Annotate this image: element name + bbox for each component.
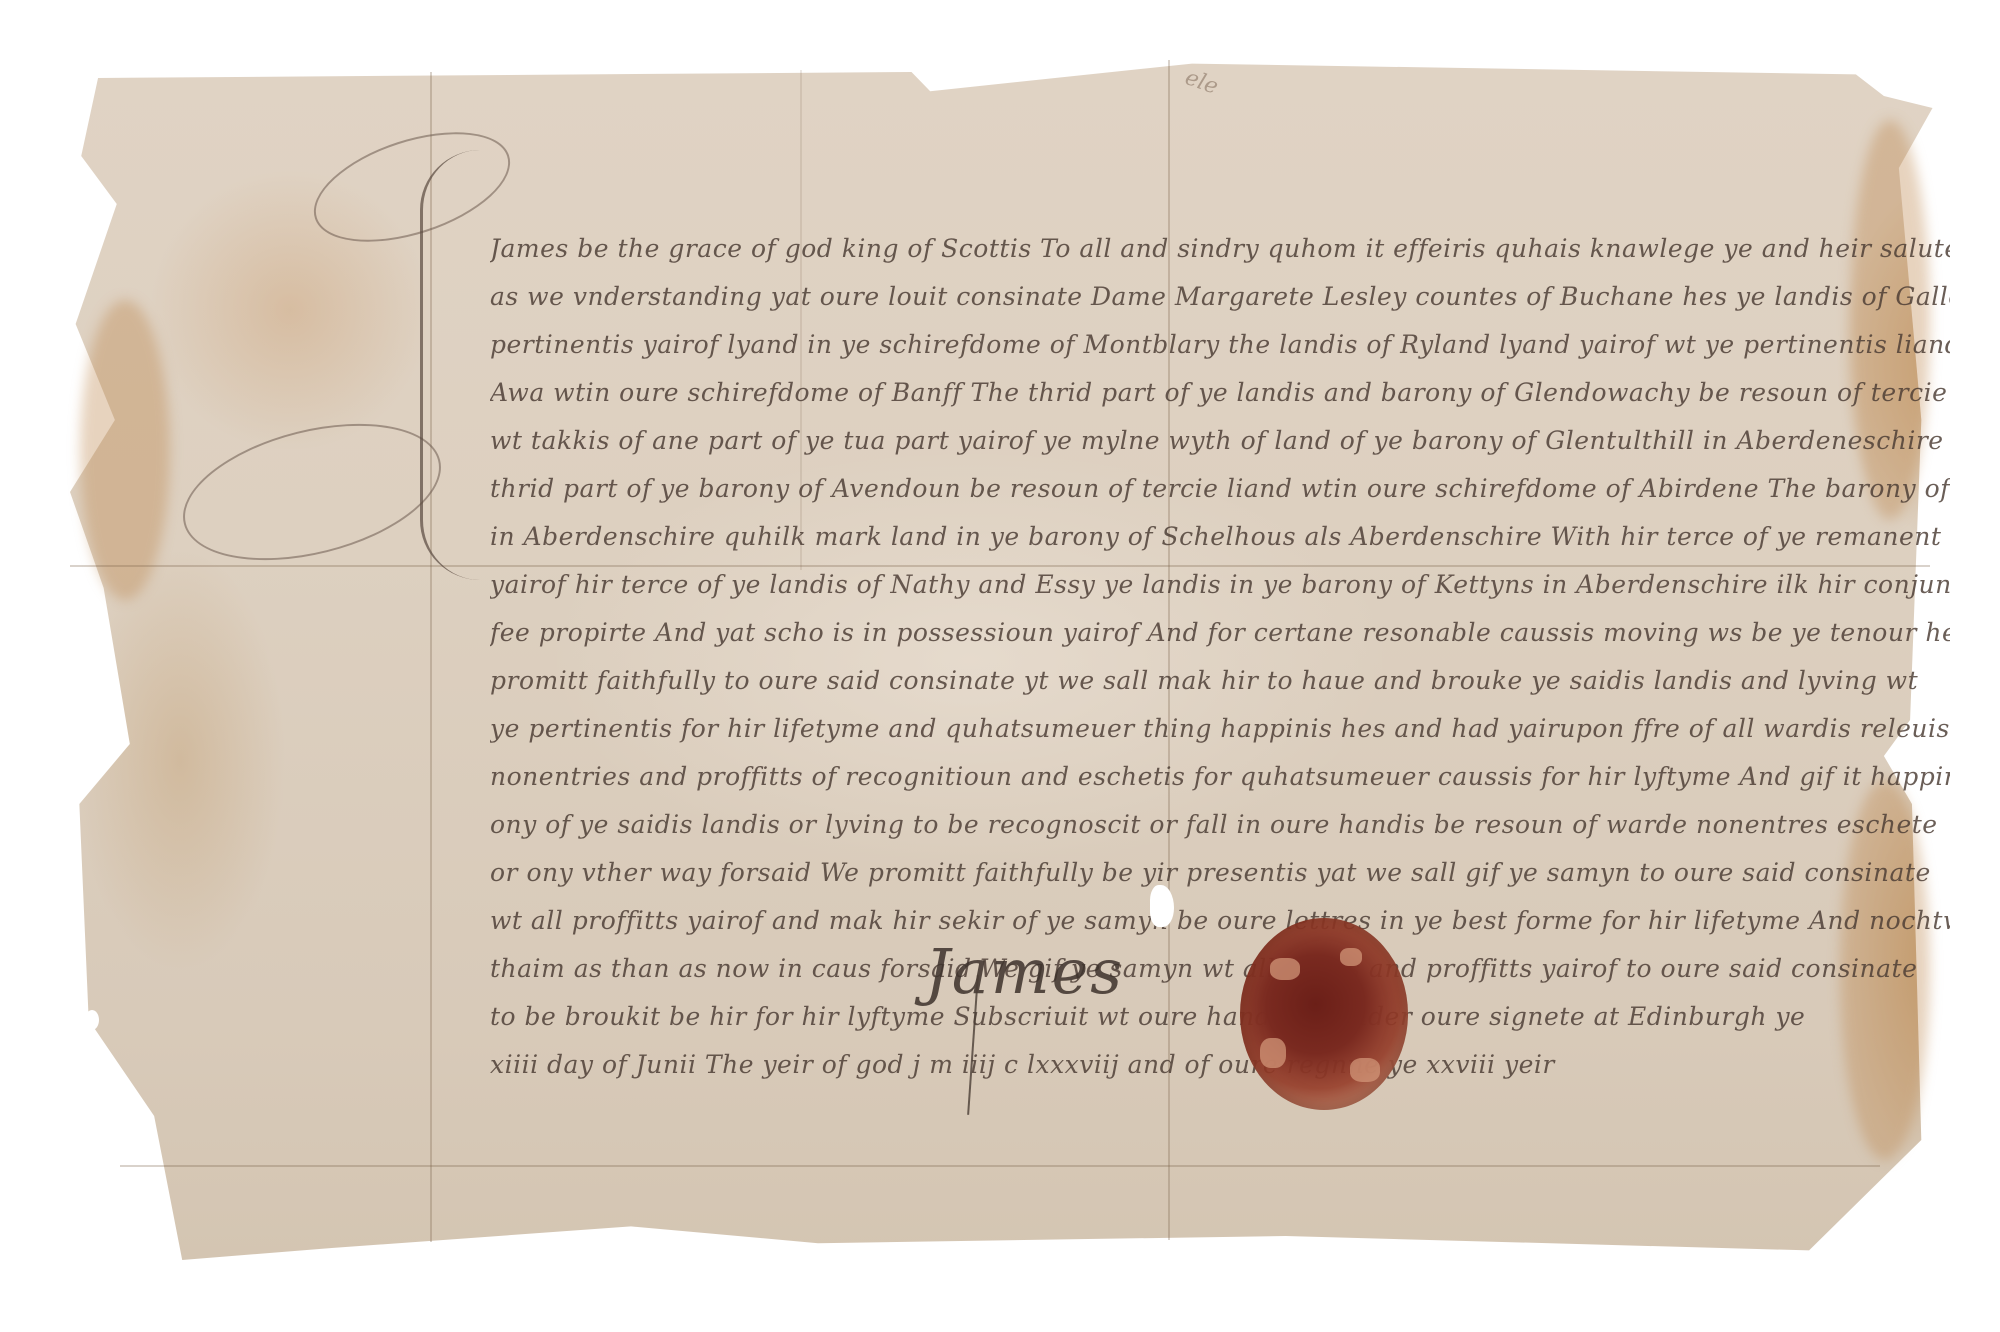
text-line: James be the grace of god king of Scotti… — [490, 225, 1950, 273]
text-line: pertinentis yairof lyand in ye schirefdo… — [490, 321, 1950, 369]
parchment-hole — [1150, 885, 1174, 927]
text-line: ony of ye saidis landis or lyving to be … — [490, 801, 1950, 849]
wax-seal — [1240, 918, 1408, 1110]
water-stain — [80, 300, 170, 600]
royal-signature: James — [925, 935, 1124, 1008]
text-line: to be broukit be hir for hir lyftyme Sub… — [490, 993, 1950, 1041]
text-line: ye pertinentis for hir lifetyme and quha… — [490, 705, 1950, 753]
text-line: nonentries and proffitts of recognitioun… — [490, 753, 1950, 801]
parchment-hole — [85, 1010, 99, 1030]
fold-line-horizontal — [120, 1165, 1880, 1167]
text-line: xiiii day of Junii The yeir of god j m i… — [490, 1041, 1950, 1089]
charter-text: James be the grace of god king of Scotti… — [490, 225, 1950, 1089]
text-line: yairof hir terce of ye landis of Nathy a… — [490, 561, 1950, 609]
text-line: in Aberdenschire quhilk mark land in ye … — [490, 513, 1950, 561]
text-line: or ony vther way forsaid We promitt fait… — [490, 849, 1950, 897]
text-line: fee propirte And yat scho is in possessi… — [490, 609, 1950, 657]
text-line: Awa wtin oure schirefdome of Banff The t… — [490, 369, 1950, 417]
text-line: thaim as than as now in caus forsaid We … — [490, 945, 1950, 993]
text-line: thrid part of ye barony of Avendoun be r… — [490, 465, 1950, 513]
text-line: wt all proffitts yairof and mak hir seki… — [490, 897, 1950, 945]
text-line: promitt faithfully to oure said consinat… — [490, 657, 1950, 705]
text-line: wt takkis of ane part of ye tua part yai… — [490, 417, 1950, 465]
text-line: as we vnderstanding yat oure louit consi… — [490, 273, 1950, 321]
